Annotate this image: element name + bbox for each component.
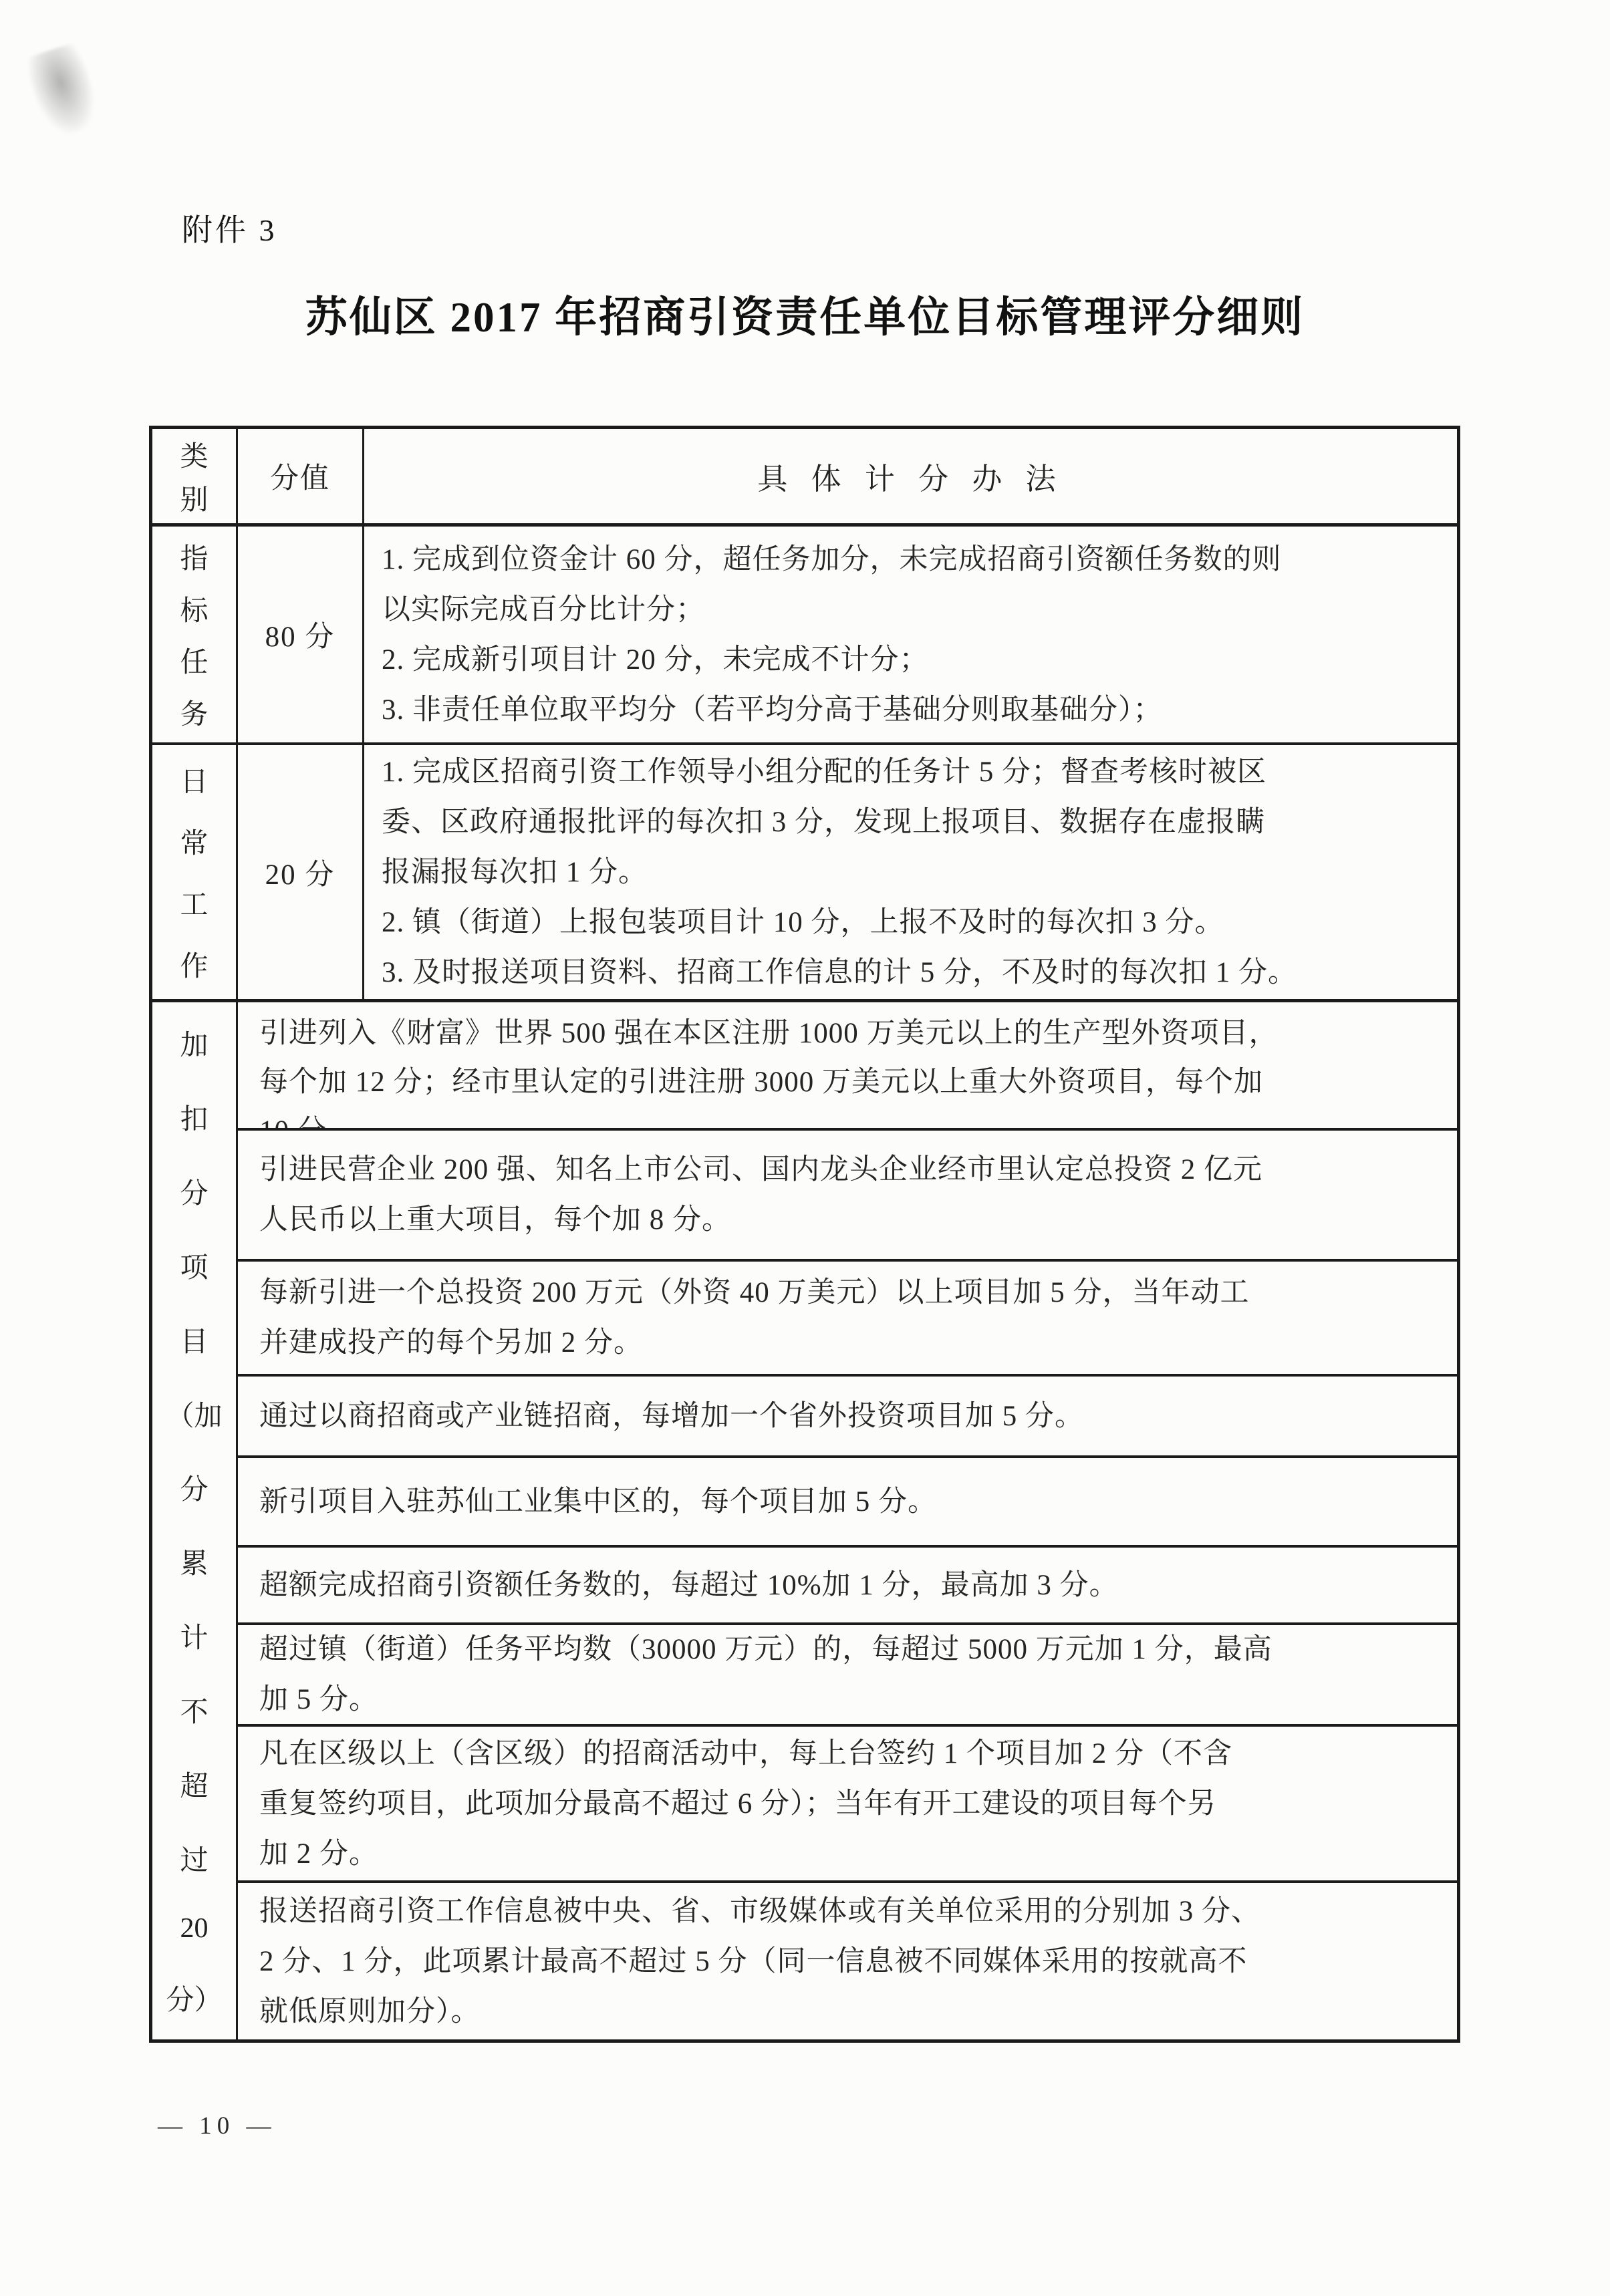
text-line: 3. 非责任单位取平均分（若平均分高于基础分则取基础分）； bbox=[382, 685, 1440, 735]
table-row: 报送招商引资工作信息被中央、省、市级媒体或有关单位采用的分别加 3 分、2 分、… bbox=[238, 1880, 1457, 2039]
text-line: 任 bbox=[180, 640, 208, 680]
text-line: 1. 完成到位资金计 60 分，超任务加分，未完成招商引资额任务数的则 bbox=[382, 535, 1440, 585]
row-daily-work: 日常工作 20 分 1. 完成区招商引资工作领导小组分配的任务计 5 分；督查考… bbox=[152, 745, 1457, 1002]
group-bonus-deduction: 加扣分项目（加分累计不超过20分） 引进列入《财富》世界 500 强在本区注册 … bbox=[152, 1002, 1457, 2039]
text-line: 2. 完成新引项目计 20 分，未完成不计分； bbox=[382, 635, 1440, 685]
score-table: 类别 分值 具 体 计 分 办 法 指标任务 80 分 1. 完成到位资金计 6… bbox=[149, 426, 1460, 2043]
document-page: 附件 3 苏仙区 2017 年招商引资责任单位目标管理评分细则 类别 分值 具 … bbox=[0, 0, 1610, 2296]
table-header-row: 类别 分值 具 体 计 分 办 法 bbox=[152, 429, 1457, 527]
score-cell: 80 分 bbox=[238, 527, 364, 742]
text-line: 委、区政府通报批评的每次扣 3 分，发现上报项目、数据存在虚报瞒 bbox=[382, 797, 1440, 847]
text-line: 过 bbox=[180, 1838, 208, 1878]
table-row: 每新引进一个总投资 200 万元（外资 40 万美元）以上项目加 5 分，当年动… bbox=[238, 1259, 1457, 1374]
text-line: 加 bbox=[180, 1023, 208, 1063]
text-line: 加 2 分。 bbox=[259, 1829, 1436, 1879]
header-score-cell: 分值 bbox=[238, 429, 364, 523]
text-line: 2. 镇（街道）上报包装项目计 10 分，上报不及时的每次扣 3 分。 bbox=[382, 897, 1440, 948]
text-line: 类 bbox=[180, 434, 208, 474]
text-line: 超 bbox=[180, 1764, 208, 1804]
text-line: 并建成投产的每个另加 2 分。 bbox=[259, 1318, 1436, 1368]
text-line: 扣 bbox=[180, 1097, 208, 1137]
table-row: 引进民营企业 200 强、知名上市公司、国内龙头企业经市里认定总投资 2 亿元人… bbox=[238, 1128, 1457, 1259]
row-indicator-tasks: 指标任务 80 分 1. 完成到位资金计 60 分，超任务加分，未完成招商引资额… bbox=[152, 527, 1457, 745]
text-line: 超过镇（街道）任务平均数（30000 万元）的，每超过 5000 万元加 1 分… bbox=[259, 1624, 1436, 1675]
text-line: 重复签约项目，此项加分最高不超过 6 分）；当年有开工建设的项目每个另 bbox=[259, 1779, 1436, 1829]
table-row: 引进列入《财富》世界 500 强在本区注册 1000 万美元以上的生产型外资项目… bbox=[238, 1002, 1457, 1128]
text-line: 每新引进一个总投资 200 万元（外资 40 万美元）以上项目加 5 分，当年动… bbox=[259, 1268, 1436, 1318]
method-cell: 1. 完成到位资金计 60 分，超任务加分，未完成招商引资额任务数的则以实际完成… bbox=[364, 527, 1457, 742]
text-line: 分） bbox=[166, 1978, 222, 2018]
attachment-label: 附件 3 bbox=[182, 206, 277, 250]
text-line: 引进民营企业 200 强、知名上市公司、国内龙头企业经市里认定总投资 2 亿元 bbox=[259, 1145, 1436, 1195]
text-line: 1. 完成区招商引资工作领导小组分配的任务计 5 分；督查考核时被区 bbox=[382, 747, 1440, 797]
header-method-cell: 具 体 计 分 办 法 bbox=[364, 429, 1457, 523]
text-line: 指 bbox=[180, 537, 208, 577]
text-line: 凡在区级以上（含区级）的招商活动中，每上台签约 1 个项目加 2 分（不含 bbox=[259, 1729, 1436, 1779]
text-line: 目 bbox=[180, 1320, 208, 1360]
text-line: 不 bbox=[180, 1690, 208, 1730]
text-line: 作 bbox=[180, 944, 208, 984]
table-row: 通过以商招商或产业链招商，每增加一个省外投资项目加 5 分。 bbox=[238, 1374, 1457, 1455]
table-row: 新引项目入驻苏仙工业集中区的，每个项目加 5 分。 bbox=[238, 1455, 1457, 1545]
text-line: 引进列入《财富》世界 500 强在本区注册 1000 万美元以上的生产型外资项目… bbox=[259, 1009, 1436, 1058]
table-row: 超过镇（街道）任务平均数（30000 万元）的，每超过 5000 万元加 1 分… bbox=[238, 1622, 1457, 1724]
text-line: 别 bbox=[180, 478, 208, 518]
text-line: 累 bbox=[180, 1542, 208, 1582]
bonus-subrows: 引进列入《财富》世界 500 强在本区注册 1000 万美元以上的生产型外资项目… bbox=[238, 1002, 1457, 2039]
category-cell: 日常工作 bbox=[152, 745, 238, 999]
text-line: 20 bbox=[180, 1912, 209, 1945]
text-line: 每个加 12 分；经市里认定的引进注册 3000 万美元以上重大外资项目，每个加 bbox=[259, 1058, 1436, 1107]
text-line: 2 分、1 分，此项累计最高不超过 5 分（同一信息被不同媒体采用的按就高不 bbox=[259, 1936, 1436, 1987]
scan-smudge bbox=[23, 41, 104, 140]
text-line: 人民币以上重大项目，每个加 8 分。 bbox=[259, 1195, 1436, 1245]
text-line: 日 bbox=[180, 760, 208, 800]
text-line: 就低原则加分）。 bbox=[259, 1987, 1436, 2037]
text-line: 常 bbox=[180, 821, 208, 861]
text-line: 分 bbox=[180, 1171, 208, 1211]
text-line: 分 bbox=[180, 1467, 208, 1508]
text-line: 新引项目入驻苏仙工业集中区的，每个项目加 5 分。 bbox=[259, 1477, 1436, 1527]
category-cell: 指标任务 bbox=[152, 527, 238, 742]
text-line: 超额完成招商引资额任务数的，每超过 10%加 1 分，最高加 3 分。 bbox=[259, 1560, 1436, 1610]
text-line: 标 bbox=[180, 589, 208, 629]
text-line: 加 5 分。 bbox=[259, 1675, 1436, 1724]
text-line: 10 分。 bbox=[259, 1107, 1436, 1128]
method-cell: 1. 完成区招商引资工作领导小组分配的任务计 5 分；督查考核时被区委、区政府通… bbox=[364, 745, 1457, 999]
header-category-cell: 类别 bbox=[152, 429, 238, 523]
table-row: 凡在区级以上（含区级）的招商活动中，每上台签约 1 个项目加 2 分（不含重复签… bbox=[238, 1724, 1457, 1880]
category-cell-bonus: 加扣分项目（加分累计不超过20分） bbox=[152, 1002, 238, 2039]
text-line: 报漏报每次扣 1 分。 bbox=[382, 847, 1440, 897]
text-line: 以实际完成百分比计分； bbox=[382, 585, 1440, 635]
text-line: 工 bbox=[180, 883, 208, 923]
text-line: 计 bbox=[180, 1616, 208, 1656]
text-line: 项 bbox=[180, 1246, 208, 1286]
page-number: — 10 — bbox=[158, 2112, 277, 2140]
text-line: （加 bbox=[166, 1394, 222, 1434]
text-line: 通过以商招商或产业链招商，每增加一个省外投资项目加 5 分。 bbox=[259, 1391, 1436, 1441]
table-row: 超额完成招商引资额任务数的，每超过 10%加 1 分，最高加 3 分。 bbox=[238, 1545, 1457, 1622]
score-cell: 20 分 bbox=[238, 745, 364, 999]
text-line: 3. 及时报送项目资料、招商工作信息的计 5 分，不及时的每次扣 1 分。 bbox=[382, 948, 1440, 998]
document-title: 苏仙区 2017 年招商引资责任单位目标管理评分细则 bbox=[0, 283, 1610, 344]
text-line: 务 bbox=[180, 692, 208, 732]
text-line: 报送招商引资工作信息被中央、省、市级媒体或有关单位采用的分别加 3 分、 bbox=[259, 1886, 1436, 1936]
